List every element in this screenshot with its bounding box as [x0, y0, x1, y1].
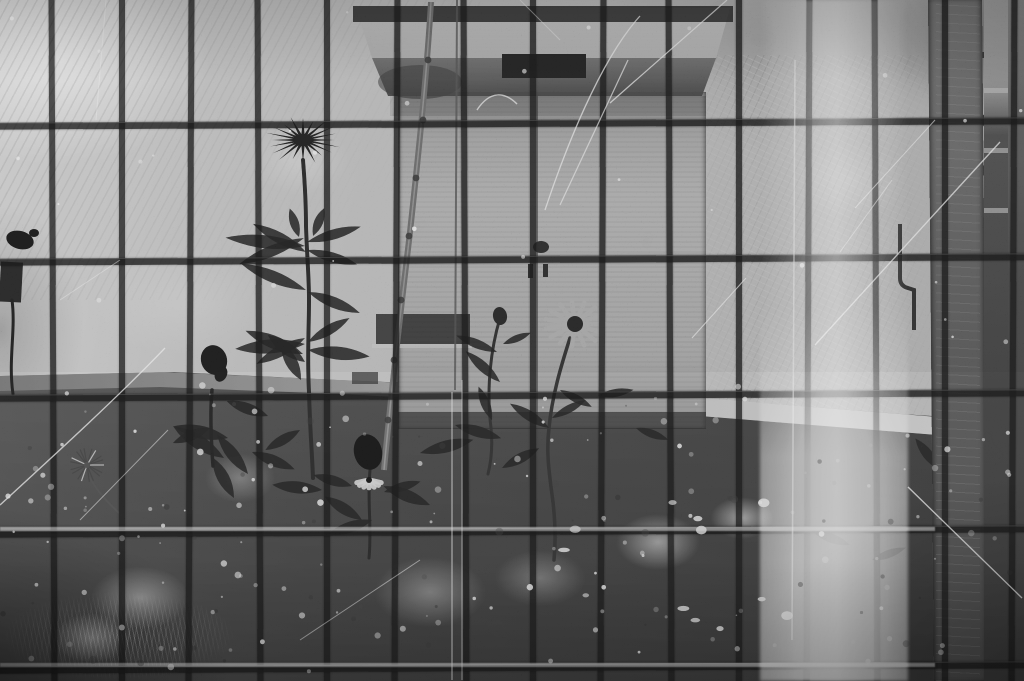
film-grain-overlay-soft [0, 0, 1024, 681]
photograph [0, 0, 1024, 681]
fine-grain-soft [0, 0, 1024, 681]
